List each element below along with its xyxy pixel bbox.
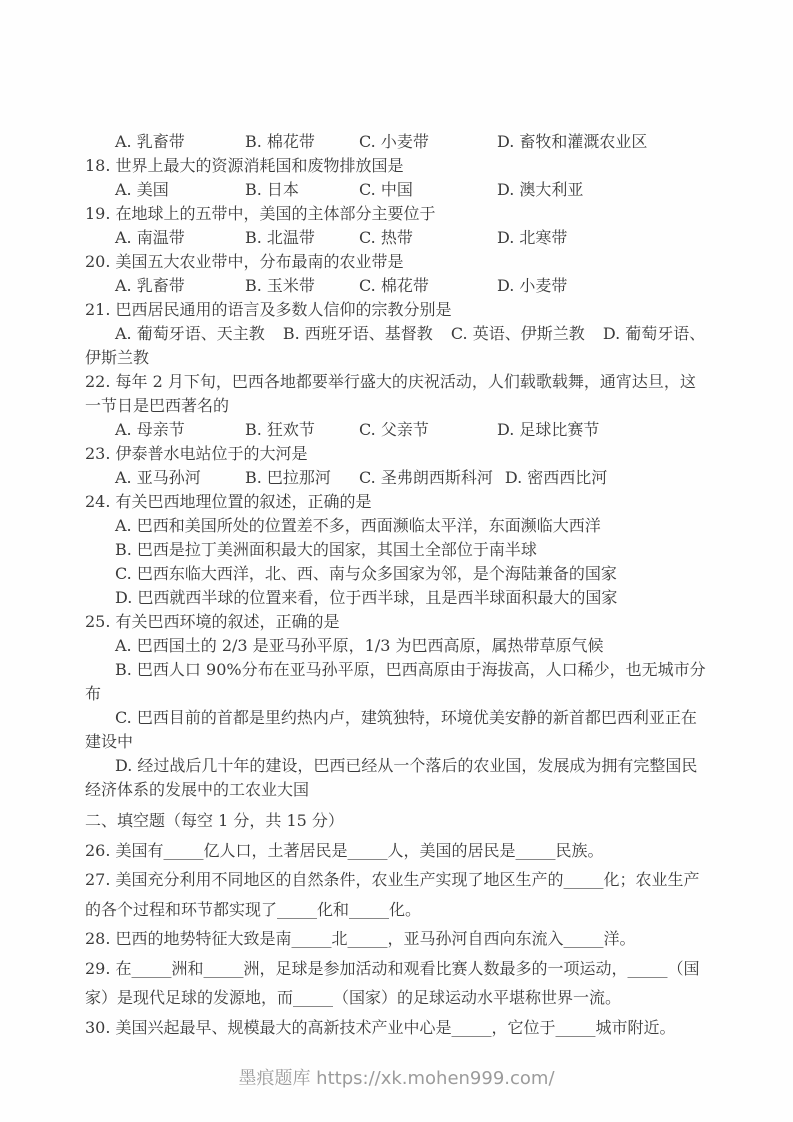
option: A. 乳畜带 (115, 274, 233, 298)
option: D. 经过战后几十年的建设，巴西已经从一个落后的农业国，发展成为拥有完整国民经济… (85, 754, 710, 802)
question-21-stem: 21. 巴西居民通用的语言及多数人信仰的宗教分别是 (85, 298, 710, 322)
question-19-stem: 19. 在地球上的五带中，美国的主体部分主要位于 (85, 202, 710, 226)
question-23-options-row: A. 亚马孙河 B. 巴拉那河 C. 圣弗朗西斯科河 D. 密西西比河 (115, 466, 710, 490)
option: C. 巴西目前的首都是里约热内卢，建筑独特，环境优美安静的新首都巴西利亚正在建设… (85, 706, 710, 754)
watermark-footer: 墨痕题库 https://xk.mohen999.com/ (0, 1064, 793, 1090)
question-22-stem: 22. 每年 2 月下旬，巴西各地都要举行盛大的庆祝活动，人们载歌载舞，通宵达旦… (85, 370, 710, 418)
option: C. 中国 (359, 178, 485, 202)
option: B. 巴西人口 90%分布在亚马孙平原，巴西高原由于海拔高，人口稀少，也无城市分… (85, 658, 710, 706)
option: D. 小麦带 (497, 274, 567, 298)
question-19-options-row: A. 南温带 B. 北温带 C. 热带 D. 北寒带 (115, 226, 710, 250)
option: D. 足球比赛节 (497, 418, 599, 442)
option: A. 乳畜带 (115, 130, 233, 154)
option: C. 英语、伊斯兰教 (451, 324, 585, 343)
question-22-options-row: A. 母亲节 B. 狂欢节 C. 父亲节 D. 足球比赛节 (115, 418, 710, 442)
question-29: 29. 在_____洲和_____洲，足球是参加活动和观看比赛人数最多的一项运动… (85, 954, 710, 1013)
option: C. 小麦带 (359, 130, 485, 154)
watermark-link[interactable]: 墨痕题库 https://xk.mohen999.com/ (238, 1068, 554, 1089)
fill-in-the-blank-section: 二、填空题（每空 1 分，共 15 分） 26. 美国有_____亿人口，土著居… (85, 802, 710, 1042)
question-18-stem: 18. 世界上最大的资源消耗国和废物排放国是 (85, 154, 710, 178)
option: B. 玉米带 (245, 274, 347, 298)
option: A. 亚马孙河 (115, 466, 233, 490)
option: A. 巴西国土的 2/3 是亚马孙平原，1/3 为巴西高原，属热带草原气候 (85, 634, 710, 658)
option: B. 北温带 (245, 226, 347, 250)
option: B. 狂欢节 (245, 418, 347, 442)
option: A. 美国 (115, 178, 233, 202)
option: D. 澳大利亚 (497, 178, 583, 202)
option: C. 巴西东临大西洋，北、西、南与众多国家为邻，是个海陆兼备的国家 (85, 562, 710, 586)
question-20-options-row: A. 乳畜带 B. 玉米带 C. 棉花带 D. 小麦带 (115, 274, 710, 298)
option: D. 巴西就西半球的位置来看，位于西半球，且是西半球面积最大的国家 (85, 586, 710, 610)
option: A. 巴西和美国所处的位置差不多，西面濒临太平洋，东面濒临大西洋 (85, 514, 710, 538)
question-17-options-row: A. 乳畜带 B. 棉花带 C. 小麦带 D. 畜牧和灌溉农业区 (115, 130, 710, 154)
option: D. 密西西比河 (505, 466, 607, 490)
option: D. 北寒带 (497, 226, 567, 250)
question-25-stem: 25. 有关巴西环境的叙述，正确的是 (85, 610, 710, 634)
option: C. 棉花带 (359, 274, 485, 298)
question-20-stem: 20. 美国五大农业带中，分布最南的农业带是 (85, 250, 710, 274)
option: C. 父亲节 (359, 418, 485, 442)
question-18-options-row: A. 美国 B. 日本 C. 中国 D. 澳大利亚 (115, 178, 710, 202)
question-21-options: A. 葡萄牙语、天主教 B. 西班牙语、基督教 C. 英语、伊斯兰教 D. 葡萄… (85, 322, 710, 370)
option: B. 巴西是拉丁美洲面积最大的国家，其国土全部位于南半球 (85, 538, 710, 562)
question-24-stem: 24. 有关巴西地理位置的叙述，正确的是 (85, 490, 710, 514)
question-27: 27. 美国充分利用不同地区的自然条件，农业生产实现了地区生产的_____化；农… (85, 865, 710, 924)
exam-page: A. 乳畜带 B. 棉花带 C. 小麦带 D. 畜牧和灌溉农业区 18. 世界上… (0, 0, 793, 1042)
option: A. 南温带 (115, 226, 233, 250)
question-28: 28. 巴西的地势特征大致是南_____北_____，亚马孙河自西向东流入___… (85, 924, 710, 954)
option: B. 西班牙语、基督教 (283, 324, 433, 343)
option: A. 葡萄牙语、天主教 (115, 324, 265, 343)
option: A. 母亲节 (115, 418, 233, 442)
section-heading: 二、填空题（每空 1 分，共 15 分） (85, 806, 710, 836)
option: C. 圣弗朗西斯科河 (359, 466, 493, 490)
option: B. 巴拉那河 (245, 466, 347, 490)
option: D. 畜牧和灌溉农业区 (497, 130, 647, 154)
option: C. 热带 (359, 226, 485, 250)
question-30: 30. 美国兴起最早、规模最大的高新技术产业中心是_____，它位于_____城… (85, 1013, 710, 1043)
question-26: 26. 美国有_____亿人口，土著居民是_____人，美国的居民是_____民… (85, 836, 710, 866)
option: B. 棉花带 (245, 130, 347, 154)
question-23-stem: 23. 伊泰普水电站位于的大河是 (85, 442, 710, 466)
option: B. 日本 (245, 178, 347, 202)
